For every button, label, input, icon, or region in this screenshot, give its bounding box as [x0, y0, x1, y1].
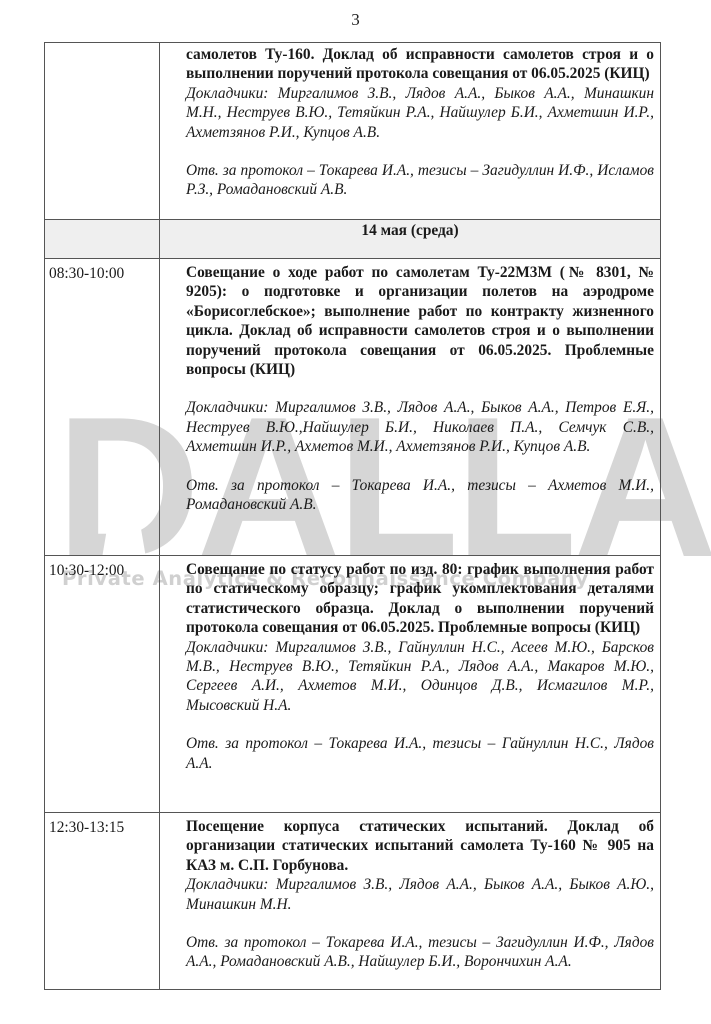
agenda-speakers: Докладчики: Миргалимов З.В., Лядов А.А.,… [186, 875, 654, 914]
time-cell: 12:30-13:15 [45, 813, 160, 990]
agenda-title: Посещение корпуса статических испытаний.… [186, 817, 654, 875]
day-header-time-cell [45, 220, 160, 259]
schedule-table: самолетов Ту-160. Доклад об исправности … [44, 42, 661, 990]
table-row: 08:30-10:00 Совещание о ходе работ по са… [45, 259, 661, 556]
agenda-speakers: Докладчики: Миргалимов З.В., Гайнуллин Н… [186, 638, 654, 716]
agenda-responsible: Отв. за протокол – Токарева И.А., тезисы… [186, 734, 654, 773]
table-row: 10:30-12:00 Совещание по статусу работ п… [45, 556, 661, 813]
agenda-title: самолетов Ту-160. Доклад об исправности … [186, 45, 654, 84]
agenda-responsible: Отв. за протокол – Токарева И.А., тезисы… [186, 476, 654, 515]
time-cell [45, 43, 160, 220]
agenda-cell: Совещание о ходе работ по самолетам Ту-2… [160, 259, 661, 556]
day-label: 14 мая (среда) [166, 221, 654, 240]
agenda-title: Совещание по статусу работ по изд. 80: г… [186, 560, 654, 638]
day-header-row: 14 мая (среда) [45, 220, 661, 259]
agenda-speakers: Докладчики: Миргалимов З.В., Лядов А.А.,… [186, 398, 654, 456]
agenda-title: Совещание о ходе работ по самолетам Ту-2… [186, 263, 654, 379]
page-number: 3 [0, 10, 711, 30]
day-header-cell: 14 мая (среда) [160, 220, 661, 259]
table-row-continued: самолетов Ту-160. Доклад об исправности … [45, 43, 661, 220]
time-cell: 08:30-10:00 [45, 259, 160, 556]
time-text: 10:30-12:00 [49, 561, 159, 580]
agenda-cell: Посещение корпуса статических испытаний.… [160, 813, 661, 990]
time-text: 12:30-13:15 [49, 818, 159, 837]
agenda-responsible: Отв. за протокол – Токарева И.А., тезисы… [186, 161, 654, 200]
agenda-responsible: Отв. за протокол – Токарева И.А., тезисы… [186, 933, 654, 972]
table-row: 12:30-13:15 Посещение корпуса статически… [45, 813, 661, 990]
agenda-cell: самолетов Ту-160. Доклад об исправности … [160, 43, 661, 220]
time-cell: 10:30-12:00 [45, 556, 160, 813]
agenda-speakers: Докладчики: Миргалимов З.В., Лядов А.А.,… [186, 84, 654, 142]
time-text: 08:30-10:00 [49, 264, 159, 283]
agenda-cell: Совещание по статусу работ по изд. 80: г… [160, 556, 661, 813]
